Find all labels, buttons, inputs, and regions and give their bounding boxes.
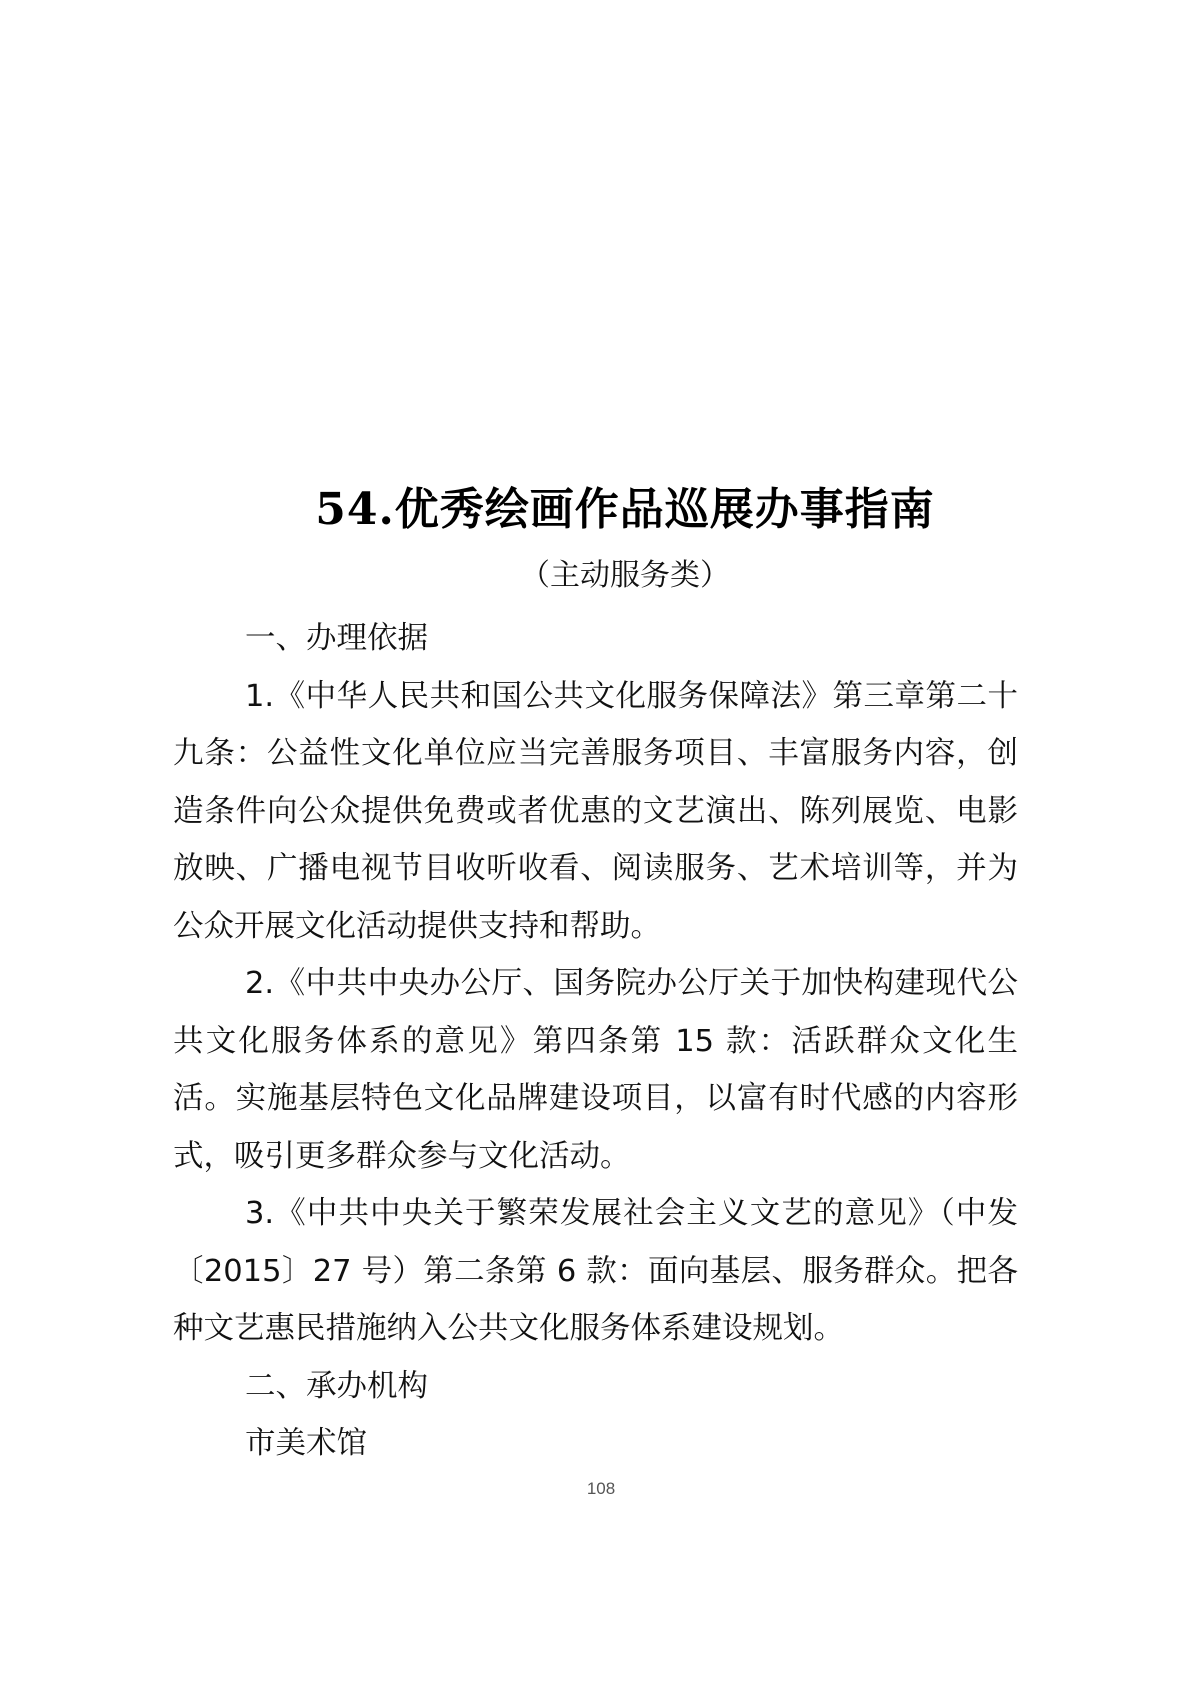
basis-paragraph-1: 1.《中华人民共和国公共文化服务保障法》第三章第二十九条：公益性文化单位应当完善… — [173, 668, 1018, 956]
document-subtitle: （主动服务类） — [0, 556, 1190, 596]
basis-paragraph-2: 2.《中共中央办公厅、国务院办公厅关于加快构建现代公共文化服务体系的意见》第四条… — [173, 955, 1018, 1185]
section-heading-organizer: 二、承办机构 — [173, 1358, 1018, 1416]
basis-paragraph-3: 3.《中共中央关于繁荣发展社会主义文艺的意见》（中发〔2015〕27 号）第二条… — [173, 1185, 1018, 1358]
document-body: 一、办理依据 1.《中华人民共和国公共文化服务保障法》第三章第二十九条：公益性文… — [173, 610, 1018, 1473]
document-page: 54.优秀绘画作品巡展办事指南 （主动服务类） 一、办理依据 1.《中华人民共和… — [0, 0, 1190, 1683]
section-heading-basis: 一、办理依据 — [173, 610, 1018, 668]
page-number: 108 — [0, 1478, 1190, 1500]
organizer-name: 市美术馆 — [173, 1415, 1018, 1473]
document-title: 54.优秀绘画作品巡展办事指南 — [0, 482, 1190, 538]
